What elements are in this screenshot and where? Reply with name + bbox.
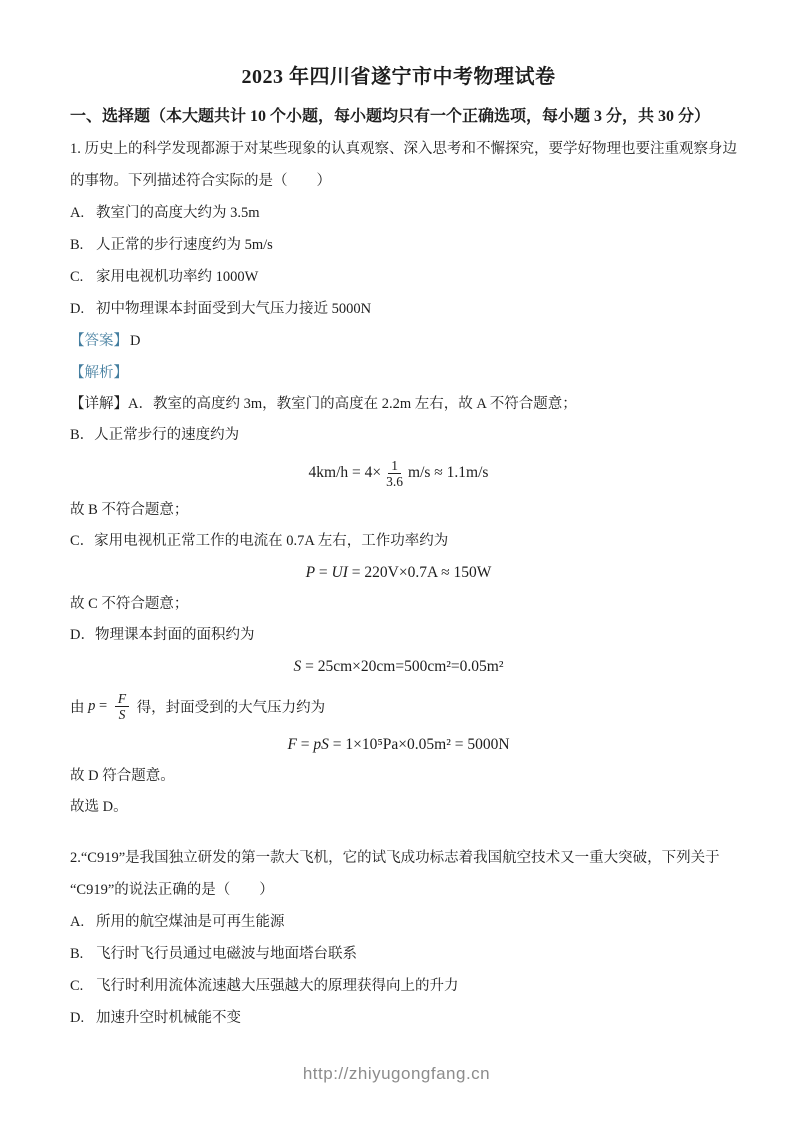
option-label: C. xyxy=(70,970,96,1002)
detail-after-c: 故 C 不符合题意； xyxy=(70,589,727,620)
q1-stem-line-2: 的事物。下列描述符合实际的是（ ） xyxy=(70,165,727,197)
math-text: = 1×10⁵Pa×0.05m² = 5000N xyxy=(329,736,510,754)
option-label: D. xyxy=(70,1002,96,1034)
question-2: 2.“C919”是我国独立研发的第一款大飞机，它的试飞成功标志着我国航空技术又一… xyxy=(70,842,727,1034)
option-text: 教室门的高度大约为 3.5m xyxy=(96,205,260,221)
option-label: B. xyxy=(70,229,96,261)
math-text: 得，封面受到的大气压力约为 xyxy=(133,696,325,717)
detail-a-line: 【详解】A．教室的高度约 3m，教室门的高度在 2.2m 左右，故 A 不符合题… xyxy=(70,389,727,420)
q1-stem-line-1: 1. 历史上的科学发现都源于对某些现象的认真观察、深入思考和不懈探究，要学好物理… xyxy=(70,133,727,165)
q1-detail-explanation: 【详解】A．教室的高度约 3m，教室门的高度在 2.2m 左右，故 A 不符合题… xyxy=(70,389,727,823)
option-text: 家用电视机功率约 1000W xyxy=(96,269,258,285)
option-text: 飞行时利用流体流速越大压强越大的原理获得向上的升力 xyxy=(96,978,459,994)
q2-option-d: D.加速升空时机械能不变 xyxy=(70,1002,727,1034)
math-text: = xyxy=(95,698,110,715)
q2-stem-line-2: “C919”的说法正确的是（ ） xyxy=(70,874,727,906)
option-label: C. xyxy=(70,261,96,293)
math-variable: pS xyxy=(313,736,329,754)
question-1: 1. 历史上的科学发现都源于对某些现象的认真观察、深入思考和不懈探究，要学好物理… xyxy=(70,133,727,823)
math-text: = 25cm×20cm=500cm²=0.05m² xyxy=(301,658,503,676)
formula-force: F = pS = 1×10⁵Pa×0.05m² = 5000N xyxy=(70,729,727,761)
answer-value: D xyxy=(130,333,140,349)
q2-option-a: A.所用的航空煤油是可再生能源 xyxy=(70,906,727,938)
q1-answer-line: 【答案】D xyxy=(70,325,727,357)
option-label: A. xyxy=(70,197,96,229)
q2-stem-line-1: 2.“C919”是我国独立研发的第一款大飞机，它的试飞成功标志着我国航空技术又一… xyxy=(70,842,727,874)
detail-b-intro: B．人正常步行的速度约为 xyxy=(70,420,727,451)
option-label: B. xyxy=(70,938,96,970)
footer-watermark-url: http://zhiyugongfang.cn xyxy=(0,1064,793,1084)
option-text: 飞行时飞行员通过电磁波与地面塔台联系 xyxy=(96,946,357,962)
answer-label: 【答案】 xyxy=(70,333,128,349)
math-text: = xyxy=(315,564,332,582)
page-content: 2023 年四川省遂宁市中考物理试卷 一、选择题（本大题共计 10 个小题，每小… xyxy=(0,0,793,1034)
math-fraction: FS xyxy=(115,691,129,722)
math-variable: p xyxy=(88,698,95,715)
option-text: 人正常的步行速度约为 5m/s xyxy=(96,237,273,253)
page-title: 2023 年四川省遂宁市中考物理试卷 xyxy=(70,64,727,90)
q1-option-b: B.人正常的步行速度约为 5m/s xyxy=(70,229,727,261)
math-variable: P xyxy=(306,564,315,582)
option-label: A. xyxy=(70,906,96,938)
math-variable: F xyxy=(287,736,296,754)
q2-option-b: B.飞行时飞行员通过电磁波与地面塔台联系 xyxy=(70,938,727,970)
detail-conclusion: 故选 D。 xyxy=(70,792,727,823)
math-text: = 220V×0.7A ≈ 150W xyxy=(348,564,492,582)
math-text: 由 xyxy=(70,696,88,717)
math-variable: S xyxy=(294,658,302,676)
section-header: 一、选择题（本大题共计 10 个小题，每小题均只有一个正确选项，每小题 3 分，… xyxy=(70,105,727,129)
math-text: = xyxy=(297,736,314,754)
math-fraction: 13.6 xyxy=(385,458,404,489)
option-text: 初中物理课本封面受到大气压力接近 5000N xyxy=(96,301,371,317)
pressure-relation-line: 由 p = FS 得，封面受到的大气压力约为 xyxy=(70,683,727,729)
q2-option-c: C.飞行时利用流体流速越大压强越大的原理获得向上的升力 xyxy=(70,970,727,1002)
formula-power: P = UI = 220V×0.7A ≈ 150W xyxy=(70,557,727,589)
formula-area: S = 25cm×20cm=500cm²=0.05m² xyxy=(70,651,727,683)
detail-c-intro: C．家用电视机正常工作的电流在 0.7A 左右，工作功率约为 xyxy=(70,526,727,557)
q1-option-d: D.初中物理课本封面受到大气压力接近 5000N xyxy=(70,293,727,325)
math-text: m/s ≈ 1.1m/s xyxy=(408,464,488,482)
q1-option-c: C.家用电视机功率约 1000W xyxy=(70,261,727,293)
detail-d-intro: D．物理课本封面的面积约为 xyxy=(70,620,727,651)
detail-after-b: 故 B 不符合题意； xyxy=(70,495,727,526)
option-label: D. xyxy=(70,293,96,325)
formula-speed: 4km/h = 4×13.6m/s ≈ 1.1m/s xyxy=(70,451,727,495)
math-text: 4km/h = 4× xyxy=(309,464,382,482)
detail-after-d: 故 D 符合题意。 xyxy=(70,761,727,792)
analysis-label: 【解析】 xyxy=(70,365,128,381)
exam-paper-page: 2023 年四川省遂宁市中考物理试卷 一、选择题（本大题共计 10 个小题，每小… xyxy=(0,0,793,1122)
q1-option-a: A.教室门的高度大约为 3.5m xyxy=(70,197,727,229)
math-variable: UI xyxy=(332,564,348,582)
option-text: 加速升空时机械能不变 xyxy=(96,1010,241,1026)
q1-analysis-line: 【解析】 xyxy=(70,357,727,389)
option-text: 所用的航空煤油是可再生能源 xyxy=(96,914,285,930)
